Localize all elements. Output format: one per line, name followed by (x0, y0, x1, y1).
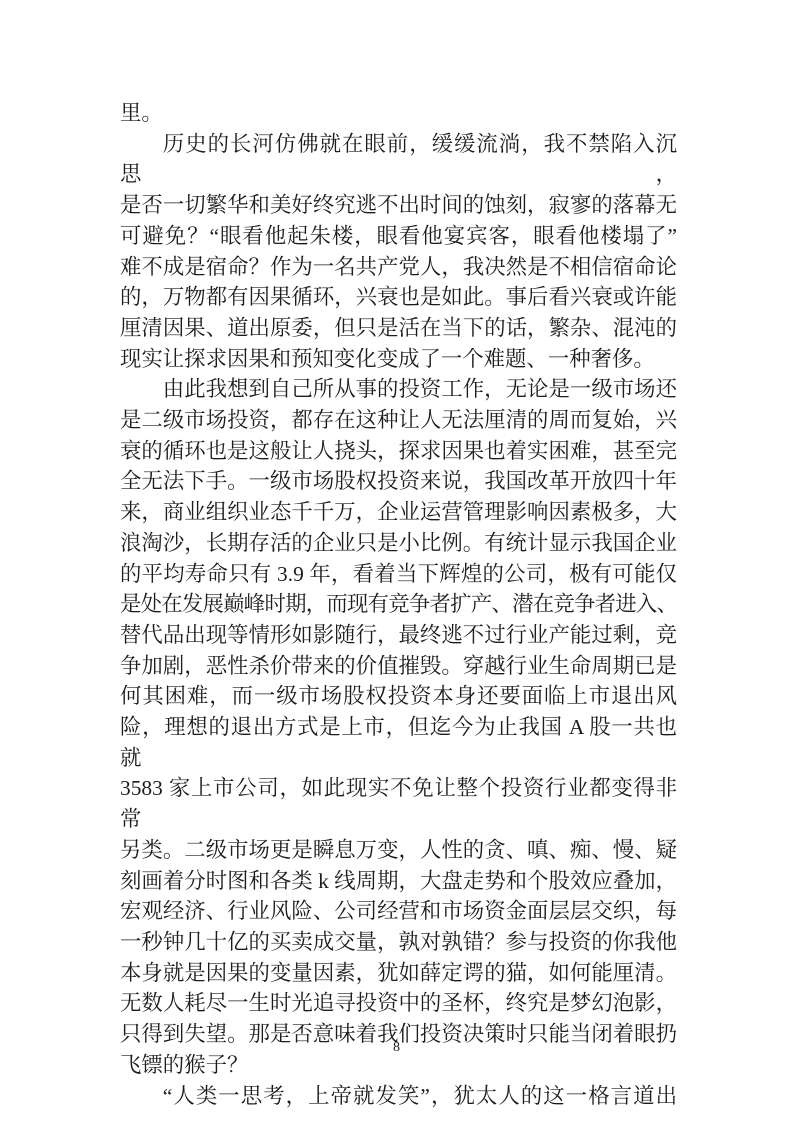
text-line: 厘清因果、道出原委，但只是活在当下的话，繁杂、混沌的 (120, 313, 677, 344)
text-line: 的，万物都有因果循环，兴衰也是如此。事后看兴衰或许能 (120, 282, 677, 313)
text-line: 另类。二级市场更是瞬息万变，人性的贪、嗔、痴、慢、疑 (120, 835, 677, 866)
text-line: 无数人耗尽一生时光追寻投资中的圣杯，终究是梦幻泡影， (120, 988, 677, 1019)
text-line: 由此我想到自己所从事的投资工作，无论是一级市场还 (120, 374, 677, 405)
text-line: 3583 家上市公司，如此现实不免让整个投资行业都变得非常 (120, 773, 677, 834)
text-line: 是否一切繁华和美好终究逃不出时间的蚀刻，寂寥的落幕无 (120, 190, 677, 221)
text-line: 替代品出现等情形如影随行，最终逃不过行业产能过剩，竞 (120, 620, 677, 651)
text-lines: 里。历史的长河仿佛就在眼前，缓缓流淌，我不禁陷入沉思，是否一切繁华和美好终究逃不… (120, 98, 677, 1111)
text-line: 是二级市场投资，都存在这种让人无法厘清的周而复始，兴 (120, 405, 677, 436)
page-number: 8 (0, 1040, 793, 1056)
text-line: 本身就是因果的变量因素，犹如薛定谔的猫，如何能厘清。 (120, 958, 677, 989)
text-line: 是处在发展巅峰时期，而现有竞争者扩产、潜在竞争者进入、 (120, 589, 677, 620)
text-line: 刻画着分时图和各类 k 线周期，大盘走势和个股效应叠加， (120, 866, 677, 897)
text-line: 一秒钟几十亿的买卖成交量，孰对孰错？参与投资的你我他 (120, 927, 677, 958)
text-line: 争加剧，恶性杀价带来的价值摧毁。穿越行业生命周期已是 (120, 651, 677, 682)
text-line: 可避免？“眼看他起朱楼，眼看他宴宾客，眼看他楼塌了” (120, 221, 677, 252)
document-page: 里。历史的长河仿佛就在眼前，缓缓流淌，我不禁陷入沉思，是否一切繁华和美好终究逃不… (0, 0, 793, 1122)
text-line: 宏观经济、行业风险、公司经营和市场资金面层层交织，每 (120, 896, 677, 927)
text-line: 现实让探求因果和预知变化变成了一个难题、一种奢侈。 (120, 344, 677, 375)
text-line: 历史的长河仿佛就在眼前，缓缓流淌，我不禁陷入沉思， (120, 129, 677, 190)
text-line: 何其困难，而一级市场股权投资本身还要面临上市退出风 (120, 681, 677, 712)
text-line: “人类一思考，上帝就发笑”，犹太人的这一格言道出 (120, 1081, 677, 1112)
text-line: 浪淘沙，长期存活的企业只是小比例。有统计显示我国企业 (120, 528, 677, 559)
text-line: 来，商业组织业态千千万，企业运营管理影响因素极多，大 (120, 497, 677, 528)
text-line: 的平均寿命只有 3.9 年，看着当下辉煌的公司，极有可能仅 (120, 559, 677, 590)
text-line: 险，理想的退出方式是上市，但迄今为止我国 A 股一共也就 (120, 712, 677, 773)
text-line: 全无法下手。一级市场股权投资来说，我国改革开放四十年 (120, 466, 677, 497)
text-line: 难不成是宿命？作为一名共产党人，我决然是不相信宿命论 (120, 252, 677, 283)
text-line: 衰的循环也是这般让人挠头，探求因果也着实困难，甚至完 (120, 436, 677, 467)
text-line: 里。 (120, 98, 677, 129)
